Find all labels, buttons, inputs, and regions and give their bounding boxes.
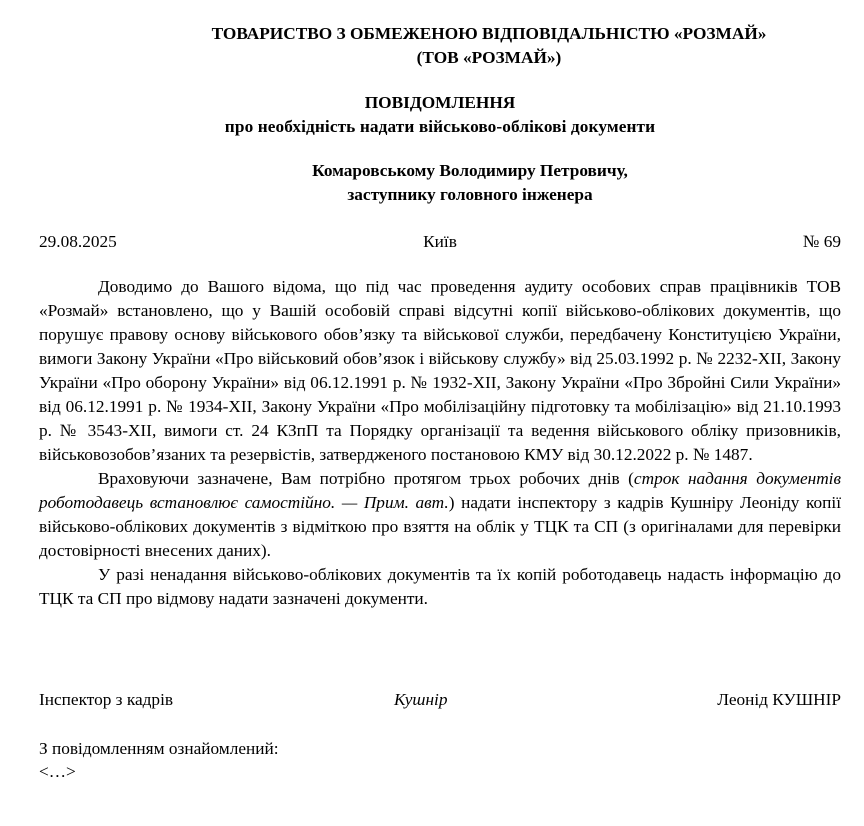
acknowledgement-placeholder: <…> (39, 760, 279, 783)
document-city: Київ (39, 230, 841, 254)
signatory-position: Інспектор з кадрів (39, 688, 173, 712)
document-heading: ПОВІДОМЛЕННЯ про необхідність надати вій… (39, 91, 841, 139)
addressee-name: Комаровському Володимиру Петровичу, (239, 159, 701, 183)
body-paragraph-1: Доводимо до Вашого відома, що під час пр… (39, 275, 841, 467)
acknowledgement-label: З повідомленням ознайомлений: (39, 737, 279, 760)
document-meta-row: 29.08.2025 Київ № 69 (39, 230, 841, 254)
organization-full-name: ТОВАРИСТВО З ОБМЕЖЕНОЮ ВІДПОВІДАЛЬНІСТЮ … (149, 22, 829, 46)
signature: Кушнір (394, 688, 447, 712)
organization-header: ТОВАРИСТВО З ОБМЕЖЕНОЮ ВІДПОВІДАЛЬНІСТЮ … (149, 22, 829, 70)
body-paragraph-3: У разі ненадання військово-облікових док… (39, 563, 841, 611)
body-paragraph-2: Враховуючи зазначене, Вам потрібно протя… (39, 467, 841, 563)
signatory-name: Леонід КУШНІР (717, 688, 841, 712)
acknowledgement-block: З повідомленням ознайомлений: <…> (39, 737, 279, 783)
addressee-block: Комаровському Володимиру Петровичу, заст… (239, 159, 701, 207)
document-title: ПОВІДОМЛЕННЯ (39, 91, 841, 115)
document-subtitle: про необхідність надати військово-обліко… (39, 115, 841, 139)
addressee-position: заступнику головного інженера (239, 183, 701, 207)
paragraph-2-start: Враховуючи зазначене, Вам потрібно протя… (98, 469, 634, 488)
organization-short-name: (ТОВ «РОЗМАЙ») (149, 46, 829, 70)
document-body: Доводимо до Вашого відома, що під час пр… (39, 275, 841, 611)
signature-row: Інспектор з кадрів Кушнір Леонід КУШНІР (39, 688, 841, 712)
